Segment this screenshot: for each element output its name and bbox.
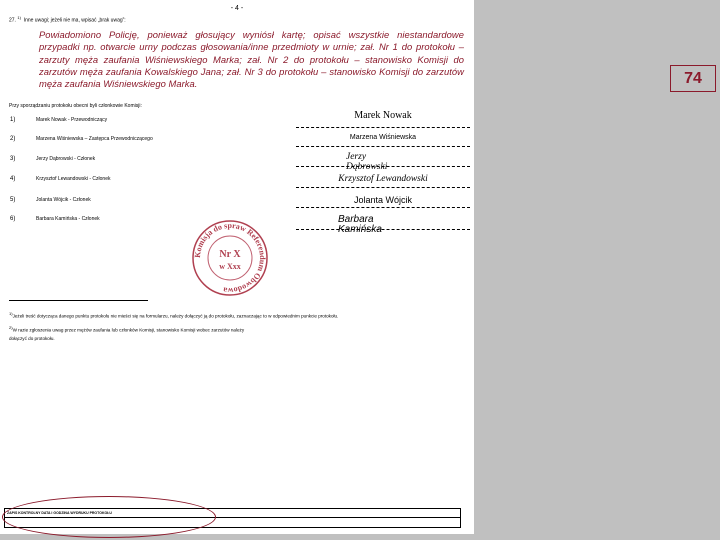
footnote-divider (9, 300, 148, 301)
signature: Krzysztof Lewandowski (296, 174, 470, 184)
footnote-1: 1)Jeżeli treść dotycząca danego punktu p… (9, 310, 429, 320)
member-name: Jolanta Wójcik - Członek (36, 197, 91, 203)
question-text: Inne uwagi; jeżeli nie ma, wpisać „brak … (24, 18, 126, 24)
question-number: 27. (9, 18, 16, 24)
member-number: 1) (10, 117, 36, 123)
member-number: 3) (10, 156, 36, 162)
member-row: 5)Jolanta Wójcik - Członek (10, 197, 210, 203)
present-members-label: Przy sporządzaniu protokołu obecni byli … (9, 103, 142, 109)
footnote-text: Jeżeli treść dotycząca danego punktu pro… (13, 314, 339, 319)
signature-line-4: Krzysztof Lewandowski (296, 174, 470, 188)
member-row: 2)Marzena Wiśniewska – Zastępca Przewodn… (10, 136, 210, 142)
document-page: - 4 - 27. 1) Inne uwagi; jeżeli nie ma, … (0, 0, 474, 534)
signature: Barbara Kamińska (338, 215, 378, 235)
signature-line-5: Jolanta Wójcik (296, 195, 470, 208)
signature-line-2: Marzena Wiśniewska (296, 134, 470, 147)
footnote-2-continued: dołączyć do protokołu. (9, 335, 429, 342)
signature: Jolanta Wójcik (296, 195, 470, 205)
member-row: 1)Marek Nowak - Przewodniczący (10, 117, 210, 123)
question-27-label: 27. 1) Inne uwagi; jeżeli nie ma, wpisać… (9, 15, 126, 24)
member-name: Krzysztof Lewandowski - Członek (36, 176, 110, 182)
footnote-2: 2)W razie zgłoszenia uwag przez mężów za… (9, 324, 429, 334)
signature: Marek Nowak (296, 110, 470, 121)
member-number: 4) (10, 176, 36, 182)
member-number: 5) (10, 197, 36, 203)
stamp-center-2: w Xxx (219, 262, 241, 271)
member-row: 4)Krzysztof Lewandowski - Członek (10, 176, 210, 182)
signature: Jerzy Dąbrowski (346, 152, 386, 172)
page-number: - 4 - (0, 5, 474, 12)
member-row: 3)Jerzy Dąbrowski - Członek (10, 156, 210, 162)
member-name: Marzena Wiśniewska – Zastępca Przewodnic… (36, 136, 153, 142)
member-row: 6)Barbara Kamińska - Członek (10, 216, 210, 222)
signature-line-1: Marek Nowak (296, 110, 470, 128)
member-number: 6) (10, 216, 36, 222)
footnote-ref: 1) (17, 15, 21, 20)
commission-stamp-icon: Komisja do spraw Referendum Obwodowa Nr … (191, 219, 269, 297)
member-name: Marek Nowak - Przewodniczący (36, 117, 107, 123)
footnote-text: W razie zgłoszenia uwag przez mężów zauf… (13, 328, 245, 333)
highlight-ellipse (2, 496, 216, 538)
member-name: Barbara Kamińska - Członek (36, 216, 100, 222)
member-number: 2) (10, 136, 36, 142)
signature-line-3: Jerzy Dąbrowski (296, 152, 470, 167)
remarks-text: Powiadomiono Policję, ponieważ głosujący… (39, 29, 464, 90)
slide-number-badge: 74 (670, 65, 716, 92)
member-name: Jerzy Dąbrowski - Członek (36, 156, 95, 162)
signature-line-6: Barbara Kamińska (296, 215, 470, 230)
signature: Marzena Wiśniewska (296, 134, 470, 141)
stamp-center-1: Nr X (219, 249, 241, 260)
